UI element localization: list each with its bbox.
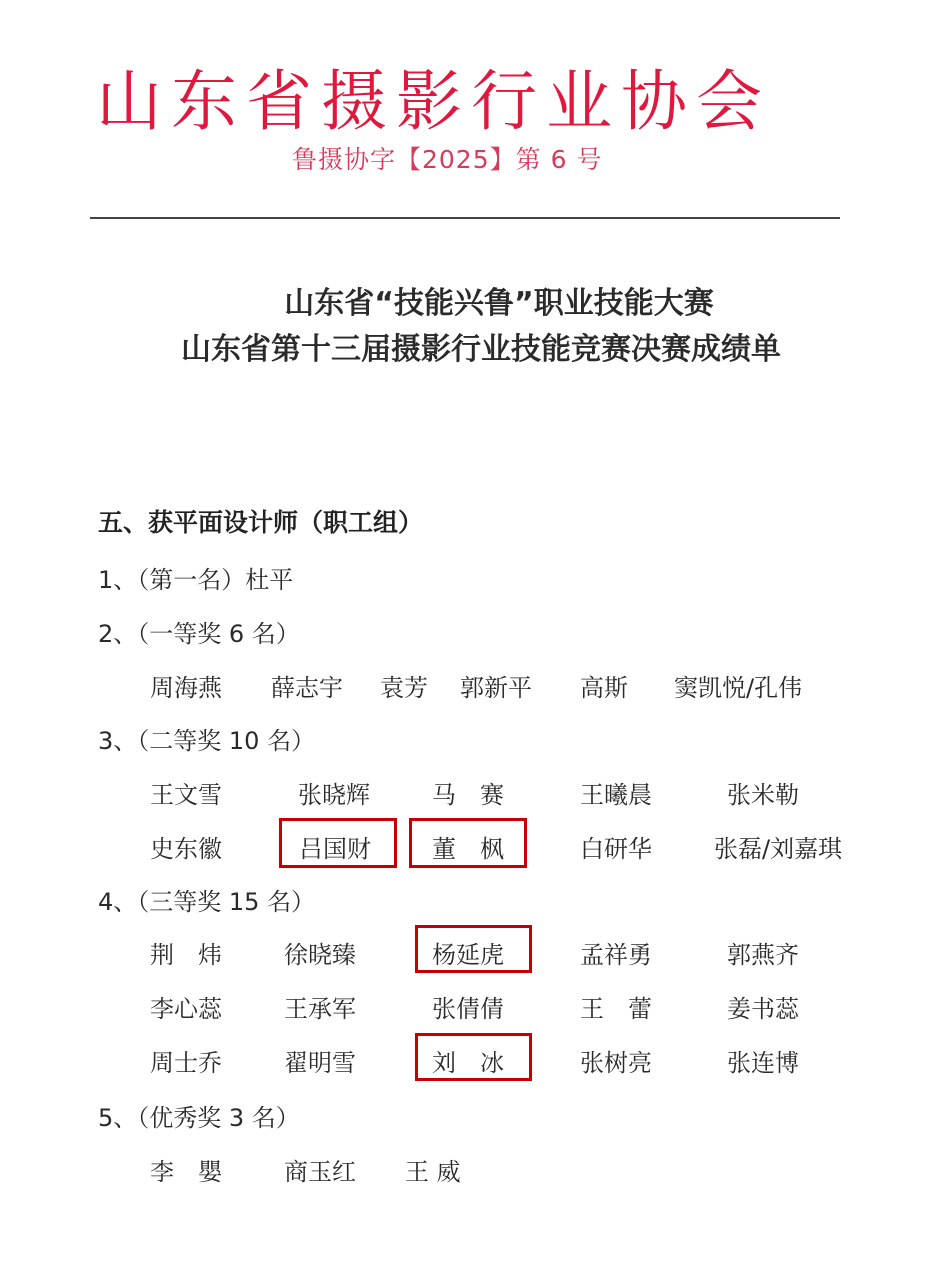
highlight-box — [279, 818, 397, 868]
highlight-box — [415, 925, 532, 973]
org-title: 山东省摄影行业协会 — [96, 62, 776, 142]
name: 马 赛 — [432, 775, 504, 810]
name: 薛志宇 — [271, 668, 343, 703]
name: 李心蕊 — [150, 989, 222, 1024]
group-excellence-prize: 5、（优秀奖 3 名） — [98, 1098, 300, 1133]
name: 徐晓臻 — [284, 935, 356, 970]
name: 周海燕 — [150, 668, 222, 703]
name: 张连博 — [727, 1043, 799, 1078]
name: 张晓辉 — [298, 775, 370, 810]
name: 荆 炜 — [150, 935, 222, 970]
heading-results: 山东省第十三届摄影行业技能竞赛决赛成绩单 — [12, 324, 938, 368]
divider — [90, 217, 840, 219]
name: 郭新平 — [460, 668, 532, 703]
name: 窦凯悦/孔伟 — [674, 668, 802, 703]
doc-number: 鲁摄协字【2025】第 6 号 — [292, 140, 602, 176]
name: 孟祥勇 — [580, 935, 652, 970]
name: 郭燕齐 — [727, 935, 799, 970]
name: 王承军 — [284, 989, 356, 1024]
highlight-box — [409, 818, 527, 868]
name: 袁芳 — [380, 668, 428, 703]
name: 史东徽 — [150, 829, 222, 864]
name: 翟明雪 — [284, 1043, 356, 1078]
name: 周士乔 — [150, 1043, 222, 1078]
name: 白研华 — [580, 829, 652, 864]
name: 王曦晨 — [580, 775, 652, 810]
group-first-place: 1、（第一名）杜平 — [98, 560, 293, 595]
group-second-prize: 3、（二等奖 10 名） — [98, 721, 315, 756]
name: 王文雪 — [150, 775, 222, 810]
name: 王 蕾 — [580, 989, 652, 1024]
name: 王 威 — [405, 1152, 461, 1187]
name: 姜书蕊 — [727, 989, 799, 1024]
group-third-prize: 4、（三等奖 15 名） — [98, 882, 315, 917]
name: 李 嬰 — [150, 1152, 222, 1187]
section-title: 五、获平面设计师（职工组） — [98, 503, 423, 539]
name: 张磊/刘嘉琪 — [714, 829, 842, 864]
name: 张树亮 — [580, 1043, 652, 1078]
name: 商玉红 — [284, 1152, 356, 1187]
highlight-box — [415, 1033, 532, 1081]
name: 高斯 — [580, 668, 628, 703]
name: 张倩倩 — [432, 989, 504, 1024]
group-first-prize: 2、（一等奖 6 名） — [98, 614, 300, 649]
heading-competition: 山东省“技能兴鲁”职业技能大赛 — [30, 278, 938, 322]
name: 张米勒 — [727, 775, 799, 810]
